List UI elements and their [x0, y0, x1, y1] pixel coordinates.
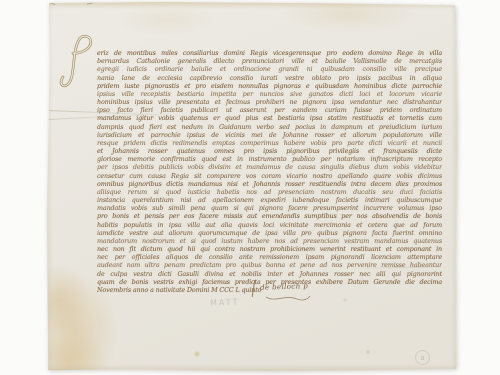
manuscript-text-line: hominibus ipsius ville presentata et fec…	[97, 98, 442, 106]
signature-flourish-icon	[265, 294, 311, 304]
manuscript-text-line: egregii iudicis ordinarie baiulie et ord…	[97, 65, 442, 73]
manuscript-text-block: eriz de montibus miles consiliarius domi…	[97, 49, 442, 297]
manuscript-text-line: ipsius ville recepistis bestiaria impeti…	[97, 90, 442, 98]
manuscript-text-line: mandamus igitur vobis quatenus er quod p…	[97, 114, 442, 122]
pencil-tick-mark	[87, 2, 93, 6]
initial-letter-P-icon	[56, 32, 96, 92]
manuscript-text-line: iamdicte vestre aut aliorum quorumcumque…	[97, 229, 442, 237]
manuscript-text-line: omnibus pignoribus dictis mandamus nisi …	[97, 180, 442, 188]
notary-signature: de belloch p	[260, 281, 308, 292]
manuscript-text-line: et Johannis rosser quatenus omnes pro ip…	[97, 147, 442, 155]
manuscript-text-line: censetur cum causa Regia sit comparere v…	[97, 172, 442, 180]
manuscript-text-line: resque pridem dictis redimendis emptas c…	[97, 139, 442, 147]
manuscript-text-line: pro bonis et pensis per eos facere missi…	[97, 212, 442, 220]
manuscript-text-line: habitis populatis in ipsa villa aut alia…	[97, 221, 442, 229]
folio-number-text: a	[420, 354, 424, 362]
manuscript-text-line: mandatorum nostrorum et si quod iustum h…	[97, 237, 442, 245]
manuscript-text-line: de culpa vestra dicti Gasulli divina et …	[97, 270, 442, 278]
pencil-note: MATT	[210, 297, 240, 307]
manuscript-text-line: per ipsos debitis publicis vobis divisim…	[97, 163, 442, 171]
manuscript-text-line: audeant nam ultra penam predictam pro qu…	[97, 261, 442, 269]
parchment-surface: eriz de montibus miles consiliarius domi…	[47, 2, 457, 371]
manuscript-text-line: aliisque rerum si quod iusticia habetis …	[97, 188, 442, 196]
manuscript-text-line: nania lane de ecclesia capibrevio consil…	[97, 74, 442, 82]
parchment-sheet: eriz de montibus miles consiliarius domi…	[47, 2, 457, 371]
scan-background: eriz de montibus miles consiliarius domi…	[0, 0, 500, 375]
folio-number-mark: a	[415, 350, 430, 365]
manuscript-text-line: iurisdicium et parrochie ipsius de vicin…	[97, 131, 442, 139]
manuscript-text-line: pridem iuste pignorastis et pro eisdem n…	[97, 82, 442, 90]
pencil-tick-mark	[49, 2, 56, 7]
manuscript-text-line: eriz de montibus miles consiliarius domi…	[97, 49, 442, 57]
manuscript-text-line: dampnis quod fieri est nedum in Guidanum…	[97, 123, 442, 131]
